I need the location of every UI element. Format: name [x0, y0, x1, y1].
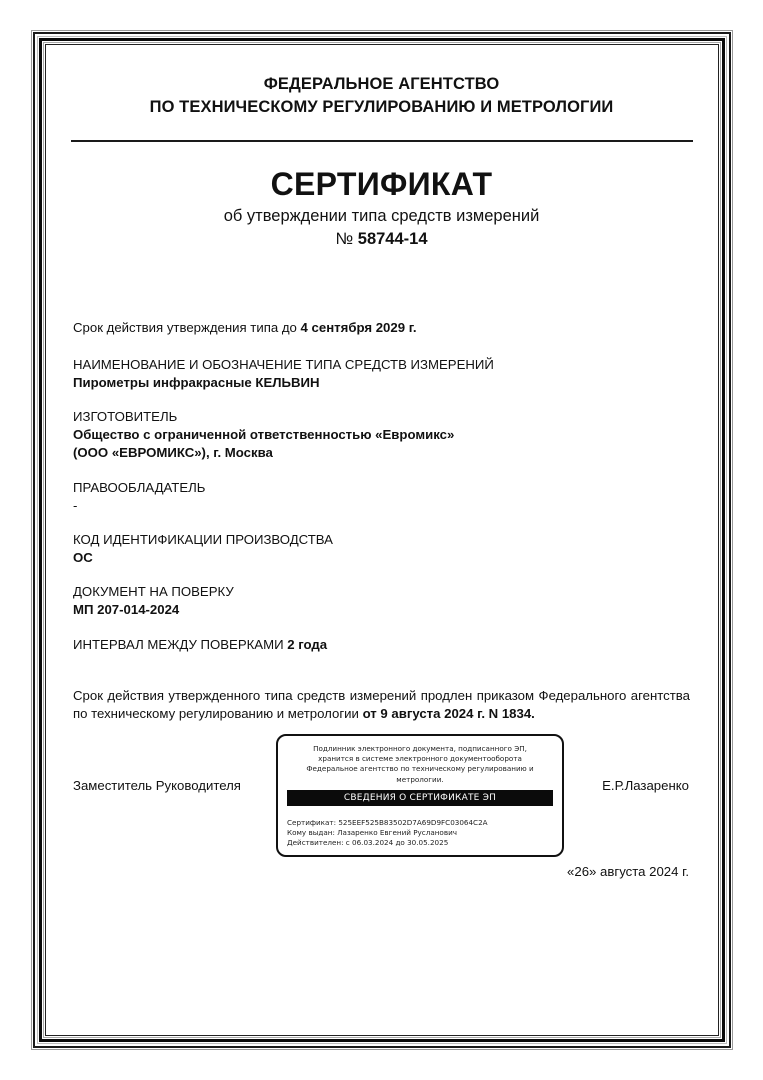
- field-rights-holder: ПРАВООБЛАДАТЕЛЬ -: [73, 479, 693, 515]
- field-value: МП 207-014-2024: [73, 601, 693, 619]
- interval-label: ИНТЕРВАЛ МЕЖДУ ПОВЕРКАМИ: [73, 637, 284, 652]
- field-value: -: [73, 497, 693, 515]
- field-label: ДОКУМЕНТ НА ПОВЕРКУ: [73, 583, 693, 601]
- field-label: КОД ИДЕНТИФИКАЦИИ ПРОИЗВОДСТВА: [73, 531, 693, 549]
- field-value: Пирометры инфракрасные КЕЛЬВИН: [73, 374, 693, 392]
- validity-date: 4 сентября 2029 г.: [301, 320, 417, 335]
- agency-line-2: ПО ТЕХНИЧЕСКОМУ РЕГУЛИРОВАНИЮ И МЕТРОЛОГ…: [0, 96, 763, 119]
- number-value: 58744-14: [358, 230, 428, 248]
- validity-line: Срок действия утверждения типа до 4 сент…: [73, 319, 693, 337]
- extension-paragraph: Срок действия утвержденного типа средств…: [73, 687, 690, 723]
- verification-interval: ИНТЕРВАЛ МЕЖДУ ПОВЕРКАМИ 2 года: [73, 636, 693, 654]
- field-label: ИЗГОТОВИТЕЛЬ: [73, 408, 693, 426]
- agency-line-1: ФЕДЕРАЛЬНОЕ АГЕНТСТВО: [0, 73, 763, 96]
- field-manufacturer: ИЗГОТОВИТЕЛЬ Общество с ограниченной отв…: [73, 408, 693, 462]
- stamp-validity: Действителен: с 06.03.2024 до 30.05.2025: [287, 838, 488, 848]
- certificate-number: № 58744-14: [0, 229, 763, 250]
- signer-position: Заместитель Руководителя: [73, 777, 241, 795]
- e-signature-stamp: Подлинник электронного документа, подпис…: [276, 734, 564, 857]
- stamp-issued-to: Кому выдан: Лазаренко Евгений Русланович: [287, 828, 488, 838]
- certificate-subtitle: об утверждении типа средств измерений: [0, 206, 763, 227]
- issue-date: «26» августа 2024 г.: [567, 863, 689, 881]
- stamp-note-line: метрологии.: [286, 775, 554, 785]
- stamp-certificate-id: Сертификат: 525EEF525B83502D7A69D9FC0306…: [287, 818, 488, 828]
- stamp-details: Сертификат: 525EEF525B83502D7A69D9FC0306…: [287, 818, 488, 848]
- field-verification-document: ДОКУМЕНТ НА ПОВЕРКУ МП 207-014-2024: [73, 583, 693, 619]
- field-label: ПРАВООБЛАДАТЕЛЬ: [73, 479, 693, 497]
- field-value: (ООО «ЕВРОМИКС»), г. Москва: [73, 444, 693, 462]
- certificate-title: СЕРТИФИКАТ: [0, 165, 763, 203]
- stamp-note: Подлинник электронного документа, подпис…: [286, 744, 554, 785]
- field-production-code: КОД ИДЕНТИФИКАЦИИ ПРОИЗВОДСТВА ОС: [73, 531, 693, 567]
- validity-label: Срок действия утверждения типа до: [73, 320, 297, 335]
- stamp-banner: СВЕДЕНИЯ О СЕРТИФИКАТЕ ЭП: [287, 790, 553, 806]
- header-divider: [71, 140, 693, 142]
- field-label: НАИМЕНОВАНИЕ И ОБОЗНАЧЕНИЕ ТИПА СРЕДСТВ …: [73, 356, 693, 374]
- field-type-name: НАИМЕНОВАНИЕ И ОБОЗНАЧЕНИЕ ТИПА СРЕДСТВ …: [73, 356, 693, 392]
- interval-value: 2 года: [287, 637, 327, 652]
- extension-order: от 9 августа 2024 г. N 1834.: [363, 706, 535, 721]
- stamp-note-line: Федеральное агентство по техническому ре…: [286, 764, 554, 774]
- number-prefix: №: [335, 230, 353, 248]
- signer-name: Е.Р.Лазаренко: [602, 777, 689, 795]
- field-value: ОС: [73, 549, 693, 567]
- field-value: Общество с ограниченной ответственностью…: [73, 426, 693, 444]
- agency-header: ФЕДЕРАЛЬНОЕ АГЕНТСТВО ПО ТЕХНИЧЕСКОМУ РЕ…: [0, 73, 763, 119]
- stamp-note-line: хранится в системе электронного документ…: [286, 754, 554, 764]
- stamp-note-line: Подлинник электронного документа, подпис…: [286, 744, 554, 754]
